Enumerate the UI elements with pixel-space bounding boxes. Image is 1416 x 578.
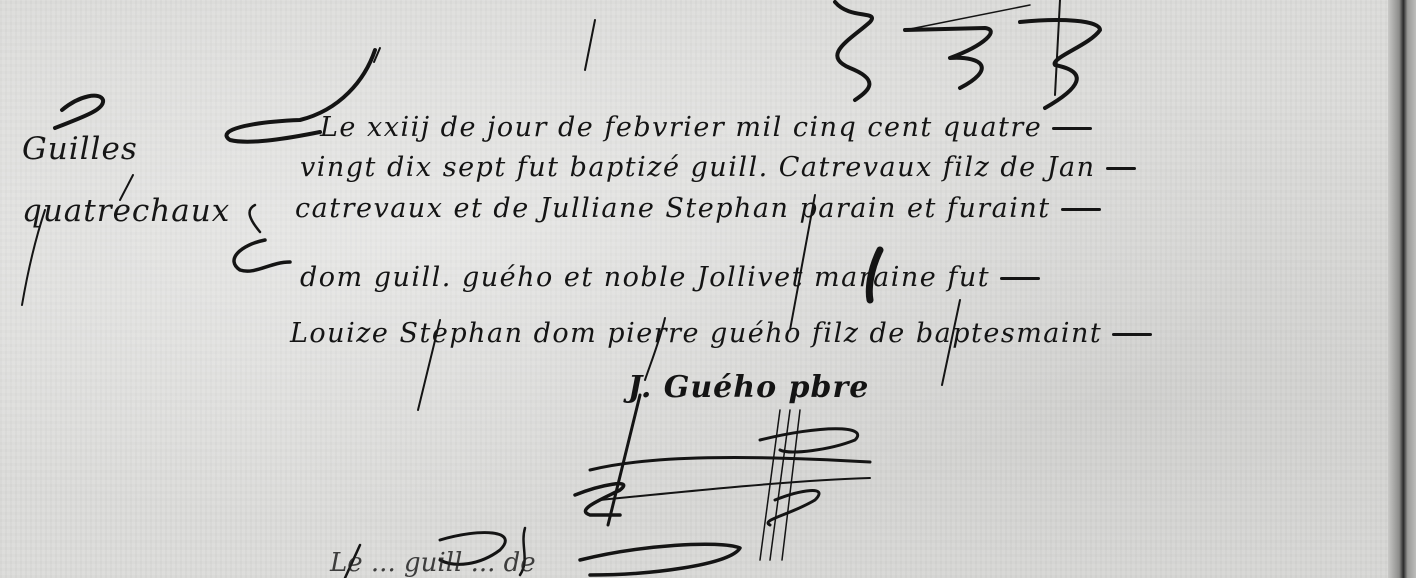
entry-text: Louize Stephan dom pierre guého filz de … xyxy=(290,318,1102,349)
margin-note: Guilles quatrechaux xyxy=(22,118,230,242)
line-filler-dash xyxy=(1052,127,1092,130)
entry-line-5: Louize Stephan dom pierre guého filz de … xyxy=(290,318,1152,349)
register-page: Guilles quatrechaux Le xxiij de jour de … xyxy=(0,0,1416,578)
line-filler-dash xyxy=(1106,167,1136,170)
entry-text: Le xxiij de jour de febvrier mil cinq ce… xyxy=(320,112,1042,143)
margin-note-line: Guilles xyxy=(22,118,230,180)
next-entry-partial-line: Le ... guill ... de xyxy=(330,548,536,578)
entry-text: vingt dix sept fut baptizé guill. Catrev… xyxy=(300,152,1096,183)
entry-line-1: Le xxiij de jour de febvrier mil cinq ce… xyxy=(320,112,1092,143)
line-filler-dash xyxy=(1000,277,1040,280)
entry-line-4: dom guill. guého et noble Jollivet marai… xyxy=(300,262,1040,293)
line-filler-dash xyxy=(1112,333,1152,336)
margin-note-line: quatrechaux xyxy=(22,180,230,242)
entry-text: dom guill. guého et noble Jollivet marai… xyxy=(300,262,990,293)
entry-line-2: vingt dix sept fut baptizé guill. Catrev… xyxy=(300,152,1136,183)
priest-signature: J. Guého pbre xyxy=(628,370,869,405)
line-filler-dash xyxy=(1061,208,1101,211)
entry-text: catrevaux et de Julliane Stephan parain … xyxy=(295,193,1051,224)
book-gutter xyxy=(1388,0,1416,578)
entry-line-3: catrevaux et de Julliane Stephan parain … xyxy=(295,193,1101,224)
